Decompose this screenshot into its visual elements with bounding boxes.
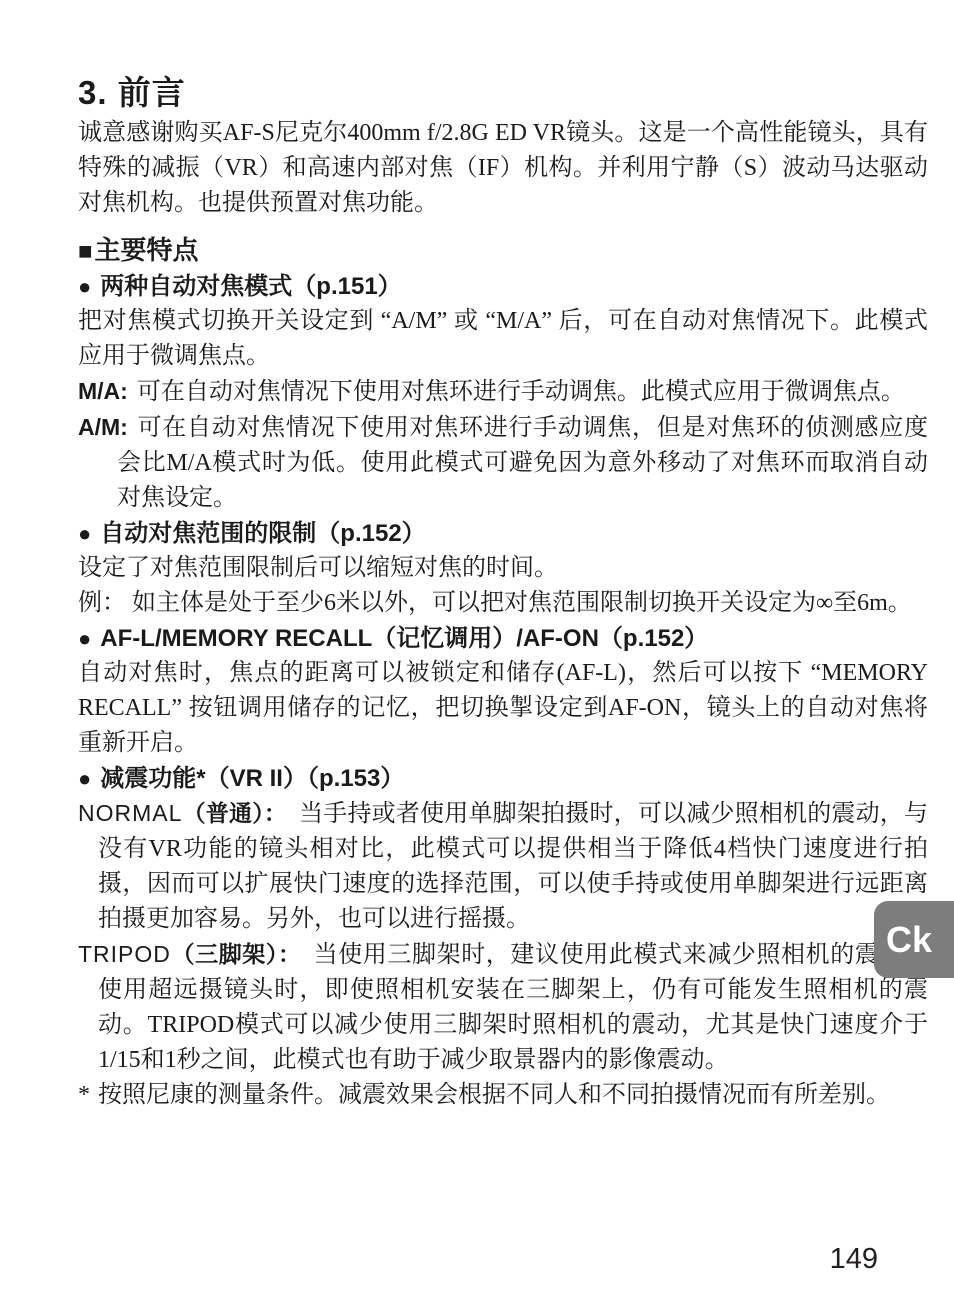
page-number: 149 [830,1243,878,1276]
mode-label-ma: M/A: [78,378,128,404]
mode-item-am: A/M:可在自动对焦情况下使用对焦环进行手动调焦，但是对焦环的侦测感应度会比M/… [78,410,928,516]
side-tab: Ck [874,901,954,978]
vr-mode-item-normal: NORMAL（普通）：当手持或者使用单脚架拍摄时，可以减少照相机的震动，与没有V… [78,796,928,937]
feature-body-af-modes: 把对焦模式切换开关设定到 “A/M” 或 “M/A” 后，可在自动对焦情况下。此… [78,304,928,374]
footnote: *按照尼康的测量条件。减震效果会根据不同人和不同拍摄情况而有所差别。 [78,1078,928,1113]
mode-text-am: 可在自动对焦情况下使用对焦环进行手动调焦，但是对焦环的侦测感应度会比M/A模式时… [117,415,928,511]
manual-page: 3. 前言 诚意感谢购买AF-S尼克尔400mm f/2.8G ED VR镜头。… [0,0,954,1311]
circle-bullet-icon: ● [78,626,91,651]
vr-mode-label-normal-cjk: （普通）： [182,800,287,826]
feature-heading-label: 两种自动对焦模式（p.151） [100,273,401,300]
side-tab-label: Ck [886,919,932,961]
feature-heading-vr: ●减震功能*（VR II）（p.153） [78,761,928,796]
vr-mode-label-tripod: TRIPOD [78,941,171,967]
page-title: 3. 前言 [78,74,928,112]
square-bullet-icon: ■ [78,238,93,265]
feature-heading-label: 减震功能*（VR II）（p.153） [100,765,404,792]
feature-heading-focus-limit: ●自动对焦范围的限制（p.152） [78,516,928,551]
circle-bullet-icon: ● [78,521,91,546]
vr-mode-label-tripod-cjk: （三脚架）： [171,941,302,967]
footnote-text: 按照尼康的测量条件。减震效果会根据不同人和不同拍摄情况而有所差别。 [98,1082,890,1108]
feature-body-focus-limit: 设定了对焦范围限制后可以缩短对焦的时间。 [78,551,928,586]
mode-item-ma: M/A:可在自动对焦情况下使用对焦环进行手动调焦。此模式应用于微调焦点。 [78,374,928,410]
circle-bullet-icon: ● [78,274,91,299]
feature-heading-label: AF-L/MEMORY RECALL（记忆调用）/AF-ON（p.152） [100,625,708,652]
feature-example-focus-limit: 例： 如主体是处于至少6米以外，可以把对焦范围限制切换开关设定为∞至6m。 [78,586,928,621]
feature-body-afl-memory: 自动对焦时，焦点的距离可以被锁定和储存(AF-L)，然后可以按下 “MEMORY… [78,656,928,761]
intro-paragraph: 诚意感谢购买AF-S尼克尔400mm f/2.8G ED VR镜头。这是一个高性… [78,116,928,221]
footnote-asterisk: * [78,1082,90,1108]
feature-heading-af-modes: ●两种自动对焦模式（p.151） [78,269,928,304]
feature-heading-afl-memory: ●AF-L/MEMORY RECALL（记忆调用）/AF-ON（p.152） [78,621,928,656]
vr-mode-item-tripod: TRIPOD（三脚架）：当使用三脚架时，建议使用此模式来减少照相机的震动。使用超… [78,937,928,1078]
mode-label-am: A/M: [78,414,128,440]
feature-heading-label: 自动对焦范围的限制（p.152） [100,520,425,547]
section-heading-label: 主要特点 [95,235,199,265]
circle-bullet-icon: ● [78,766,91,791]
section-heading: ■主要特点 [78,233,928,269]
mode-text-ma: 可在自动对焦情况下使用对焦环进行手动调焦。此模式应用于微调焦点。 [137,379,905,405]
vr-mode-label-normal: NORMAL [78,800,182,826]
